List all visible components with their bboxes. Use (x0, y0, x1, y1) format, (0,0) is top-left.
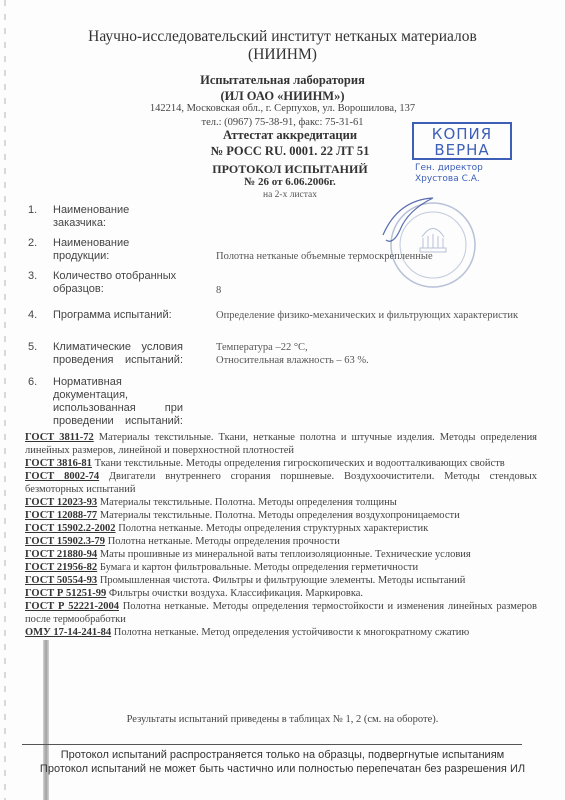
humidity: Относительная влажность – 63 %. (216, 355, 369, 366)
field-value: Полотна нетканые объемные термоскрепленн… (216, 250, 536, 263)
standard-code: ГОСТ 12023-93 (25, 497, 97, 508)
field-label: Климатические условия проведения испытан… (53, 341, 183, 367)
lab-name: Испытательная лаборатория (ИЛ ОАО «НИИНМ… (0, 72, 565, 104)
standard-entry: ОМУ 17-14-241-84 Полотна нетканые. Метод… (25, 626, 537, 639)
field-number: 1. (28, 204, 37, 216)
standard-entry: ГОСТ 12088-77 Материалы текстильные. Пол… (25, 509, 537, 522)
accreditation-title: Аттестат аккредитации (180, 127, 400, 143)
standard-title: Полотна нетканые. Метод определения усто… (114, 627, 469, 638)
standard-code: ГОСТ 15902.2-2002 (25, 523, 116, 534)
standard-title: Полотна нетканые. Методы определения стр… (118, 523, 428, 534)
standard-entry: ГОСТ 8002-74 Двигатели внутреннего сгора… (25, 470, 537, 496)
footer-notice: Протокол испытаний распространяется толь… (0, 748, 565, 776)
standard-entry: ГОСТ 21880-94 Маты прошивные из минераль… (25, 548, 537, 561)
standard-code: ГОСТ 8002-74 (25, 471, 99, 482)
standard-title: Фильтры очистки воздуха. Классификация. … (109, 588, 363, 599)
field-label: Наименование заказчика: (53, 204, 183, 230)
standard-entry: ГОСТ Р 51251-99 Фильтры очистки воздуха.… (25, 587, 537, 600)
document-page: Научно-исследовательский институт неткан… (0, 0, 565, 800)
standard-entry: ГОСТ Р 52221-2004 Полотна нетканые. Мето… (25, 600, 537, 626)
divider (22, 744, 522, 745)
stamp-line1: КОПИЯ (414, 126, 510, 142)
standard-code: ГОСТ Р 51251-99 (25, 588, 106, 599)
standard-code: ГОСТ 3811-72 (25, 432, 94, 443)
stamp-line2: ВЕРНА (414, 142, 510, 158)
field-label: Наименование продукции: (53, 237, 183, 263)
field-value: Температура –22 °С, Относительная влажно… (216, 341, 536, 367)
field-number: 4. (28, 309, 37, 321)
signer-title: Ген. директор (415, 163, 483, 174)
institute-line2: (НИИНМ) (0, 46, 565, 64)
institute-line1: Научно-исследовательский институт неткан… (0, 28, 565, 46)
standard-code: ГОСТ Р 52221-2004 (25, 601, 119, 612)
standard-title: Ткани текстильные. Методы определения ги… (95, 458, 505, 469)
field-number: 5. (28, 341, 37, 353)
address: 142214, Московская обл., г. Серпухов, ул… (0, 102, 565, 116)
field-label: Количество отобранных образцов: (53, 270, 183, 296)
standard-code: ГОСТ 50554-93 (25, 575, 97, 586)
accreditation-number: № РОСС RU. 0001. 22 ЛТ 51 (180, 143, 400, 159)
institute-name: Научно-исследовательский институт неткан… (0, 28, 565, 64)
standard-entry: ГОСТ 15902.3-79 Полотна нетканые. Методы… (25, 535, 537, 548)
standard-title: Материалы текстильные. Полотна. Методы о… (100, 497, 397, 508)
standard-title: Маты прошивные из минеральной ваты тепло… (100, 549, 471, 560)
protocol-heading: ПРОТОКОЛ ИСПЫТАНИЙ № 26 от 6.06.2006г. н… (180, 163, 400, 202)
results-note: Результаты испытаний приведены в таблица… (0, 714, 565, 725)
standard-title: Промышленная чистота. Фильтры и фильтрую… (100, 575, 466, 586)
standard-title: Материалы текстильные. Полотна. Методы о… (100, 510, 460, 521)
standard-code: ГОСТ 21880-94 (25, 549, 97, 560)
field-label: Нормативная документация, использованная… (53, 376, 183, 428)
standard-title: Двигатели внутреннего сгорания поршневые… (25, 471, 537, 495)
field-number: 3. (28, 270, 37, 282)
standard-title: Материалы текстильные. Ткани, нетканые п… (25, 432, 537, 456)
standard-entry: ГОСТ 21956-82 Бумага и картон фильтровал… (25, 561, 537, 574)
accreditation: Аттестат аккредитации № РОСС RU. 0001. 2… (180, 127, 400, 159)
field-number: 2. (28, 237, 37, 249)
round-seal-icon (378, 190, 478, 290)
signer-name: Хрустова С.А. (415, 174, 483, 185)
standard-entry: ГОСТ 12023-93 Материалы текстильные. Пол… (25, 496, 537, 509)
footer-line2: Протокол испытаний не может быть частичн… (0, 762, 565, 776)
standard-code: ГОСТ 15902.3-79 (25, 536, 105, 547)
copy-certified-stamp: КОПИЯ ВЕРНА (412, 122, 512, 160)
field-number: 6. (28, 376, 37, 388)
standard-code: ГОСТ 21956-82 (25, 562, 97, 573)
standard-entry: ГОСТ 3816-81 Ткани текстильные. Методы о… (25, 457, 537, 470)
field-value: Определение физико-механических и фильтр… (216, 309, 536, 322)
signer-block: Ген. директор Хрустова С.А. (415, 163, 483, 185)
field-value: 8 (216, 284, 536, 297)
protocol-sheets: на 2-х листах (180, 189, 400, 202)
standard-code: ГОСТ 3816-81 (25, 458, 92, 469)
lab-line1: Испытательная лаборатория (0, 72, 565, 88)
standard-entry: ГОСТ 3811-72 Материалы текстильные. Ткан… (25, 431, 537, 457)
standards-list: ГОСТ 3811-72 Материалы текстильные. Ткан… (25, 431, 537, 639)
protocol-number: № 26 от 6.06.2006г. (180, 176, 400, 189)
standard-code: ГОСТ 12088-77 (25, 510, 97, 521)
standard-title: Полотна нетканые. Методы определения про… (108, 536, 340, 547)
protocol-title: ПРОТОКОЛ ИСПЫТАНИЙ (180, 163, 400, 176)
standard-entry: ГОСТ 50554-93 Промышленная чистота. Филь… (25, 574, 537, 587)
footer-line1: Протокол испытаний распространяется толь… (0, 748, 565, 762)
standard-code: ОМУ 17-14-241-84 (25, 627, 111, 638)
temperature: Температура –22 °С, (216, 342, 308, 353)
field-label: Программа испытаний: (53, 309, 183, 322)
standard-entry: ГОСТ 15902.2-2002 Полотна нетканые. Мето… (25, 522, 537, 535)
standard-title: Бумага и картон фильтровальные. Методы о… (100, 562, 418, 573)
